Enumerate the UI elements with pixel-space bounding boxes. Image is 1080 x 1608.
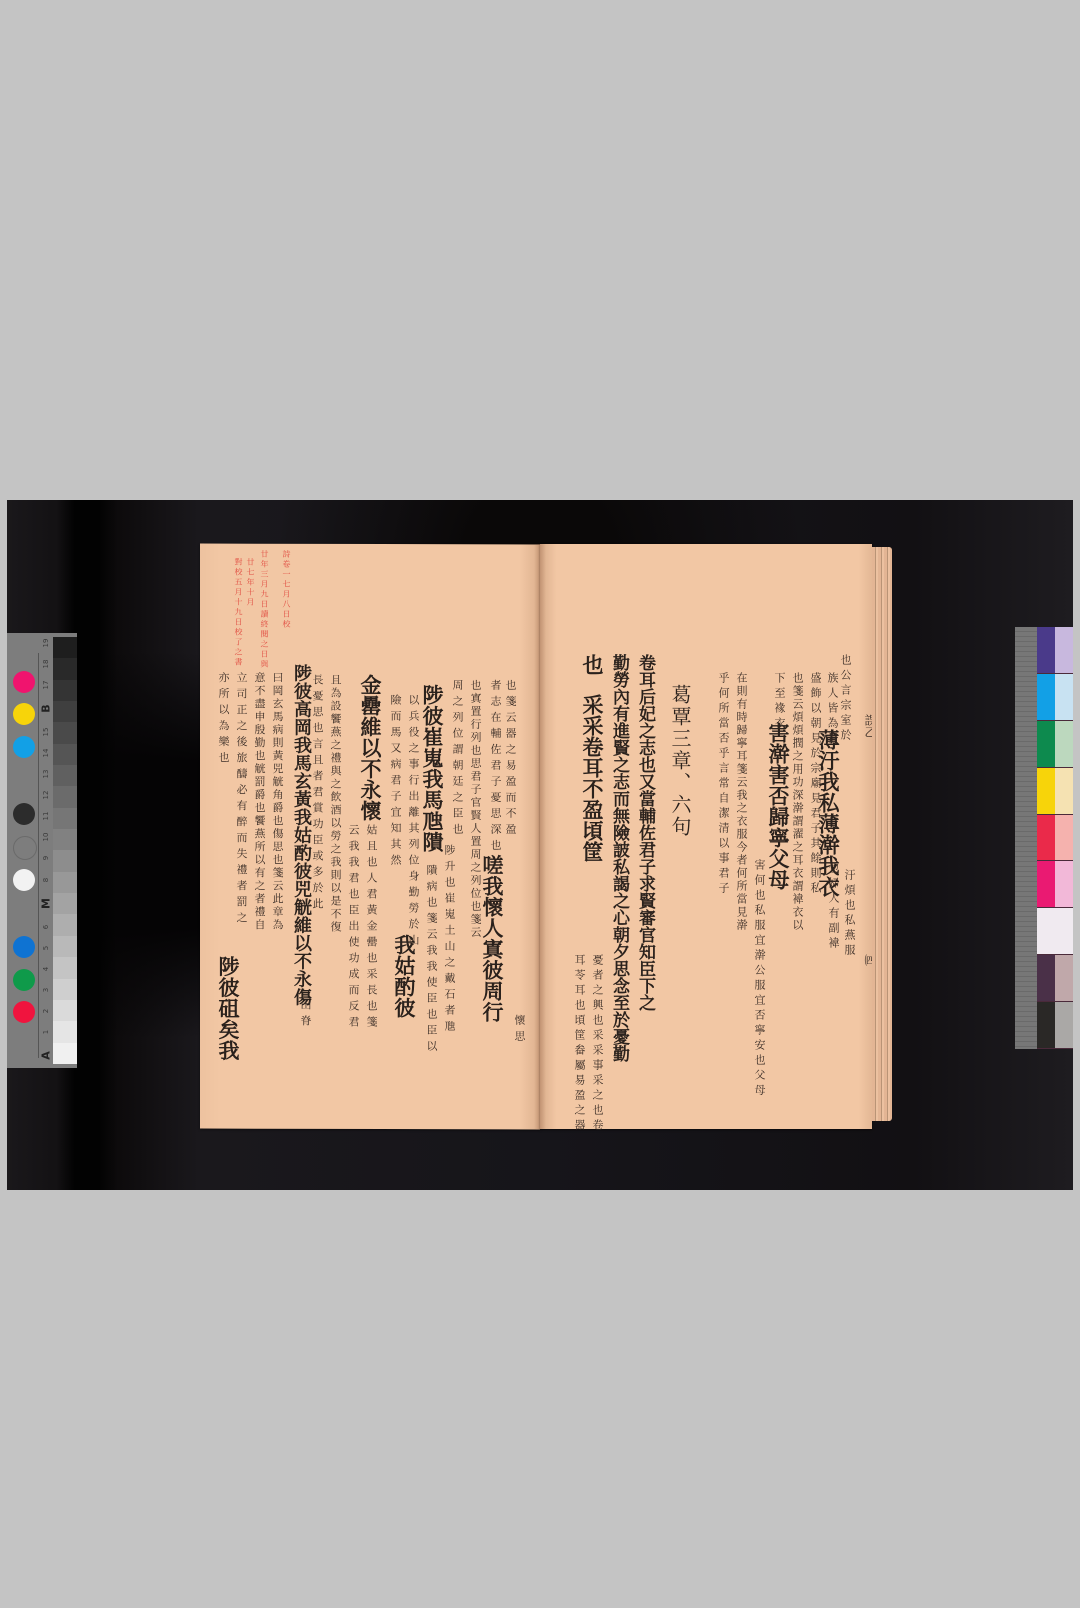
text-column-note: 也箋云器之易盈而不盈 <box>505 679 516 839</box>
color-swatch <box>1037 815 1055 861</box>
gray-step <box>53 722 77 743</box>
scale-tick-label: 6 <box>42 921 50 933</box>
text-column-note: 懷思 <box>514 1014 525 1046</box>
text-column-main: 害澣害否歸寧父母 <box>768 722 789 890</box>
color-calibration-strip-right <box>1015 627 1073 1049</box>
scale-tick-label: 5 <box>42 942 50 954</box>
red-ink-annotation: 廿年三月九日讀終閱之日與 <box>260 550 268 670</box>
text-column-note: 憂者之興也采采事采之也卷 <box>592 954 603 1134</box>
text-column-main: 采采卷耳不盈頃筐 <box>582 694 603 862</box>
text-column-main: 卷耳后妃之志也又當輔佐君子求賢審官知臣下之 <box>636 654 653 1011</box>
scale-tick-label: 4 <box>42 963 50 975</box>
calibration-dot-cyan <box>13 736 35 758</box>
calibration-dot-magenta <box>13 671 35 693</box>
red-ink-annotation: 對校五月十九日校了之書 <box>234 558 242 668</box>
color-swatch <box>1055 721 1073 767</box>
red-ink-annotation: 廿七年十月 <box>246 558 254 608</box>
text-column-note: 曰岡玄馬病則黃兕觥角爵也傷思也箋云此章為 <box>272 672 283 932</box>
calibration-dot-blue <box>13 936 35 958</box>
swatch-row <box>1037 861 1073 908</box>
text-column-note: 也公言宗室於 <box>840 654 851 744</box>
color-swatch <box>1037 1002 1055 1048</box>
scale-tick-label: 3 <box>42 984 50 996</box>
scale-tick-label: 12 <box>42 789 50 801</box>
gray-step <box>53 765 77 786</box>
text-column-main: 嗟我懷人寘彼周行 <box>482 854 503 1022</box>
scale-tick-label: 18 <box>42 658 50 670</box>
scale-tick-label: 14 <box>42 747 50 759</box>
swatch-row <box>1037 768 1073 815</box>
scan-image: A123456M89101112131415B171819 詩卷一七月八日校廿年… <box>7 500 1073 1190</box>
scale-tick-label: 8 <box>42 874 50 886</box>
text-column-note: 乎何所當否乎言常自潔清以事君子 <box>718 672 729 897</box>
text-column-note: 也婦人有副褘 <box>828 862 839 952</box>
text-column-note: 長憂思也言且者君賞功臣或多於此 <box>312 674 323 914</box>
gray-step <box>53 744 77 765</box>
swatch-row <box>1037 955 1073 1002</box>
open-book: 詩卷一七月八日校廿年三月九日讀終閱之日與廿七年十月對校五月十九日校了之書也箋云器… <box>200 544 900 1129</box>
text-column-main: 陟彼砠矣我 <box>218 956 239 1061</box>
gray-step <box>53 1021 77 1042</box>
calibration-dot-black <box>13 803 35 825</box>
text-column-main: 我姑酌彼 <box>394 934 415 1018</box>
text-column-note: 云我我君也臣出使功成而反君 <box>348 824 359 1032</box>
scale-tick-label: A <box>40 1049 53 1061</box>
text-column-note: 以兵役之事行出離其列位身勤勞於山 <box>408 694 419 950</box>
text-column-note: 意不盡申殷勤也觥罰爵也饗燕所以有之者禮自 <box>254 672 265 932</box>
text-column-note: 盛飾以朝見於宗廟見君子其餘則私 <box>810 672 821 897</box>
color-swatch <box>1055 768 1073 814</box>
gray-step <box>53 914 77 935</box>
color-swatch <box>1037 721 1055 767</box>
swatch-row <box>1037 627 1073 674</box>
text-column-main: 陟彼高岡我馬玄黃我姑酌彼兕觥維以不永傷 <box>292 664 310 1006</box>
text-column-note: 隤病也箋云我我使臣也臣以 <box>426 864 437 1056</box>
gray-step <box>53 637 77 658</box>
swatch-row <box>1037 815 1073 862</box>
gray-step <box>53 850 77 871</box>
scale-tick-label: 15 <box>42 726 50 738</box>
text-column-note: 周之列位謂朝廷之臣也 <box>452 679 463 839</box>
gray-step <box>53 957 77 978</box>
gray-step <box>53 936 77 957</box>
color-swatches <box>1037 627 1073 1049</box>
scale-tick-label: 9 <box>42 852 50 864</box>
text-column-note: 亦所以為樂也 <box>218 672 229 768</box>
scale-tick-label: M <box>40 897 53 909</box>
color-swatch <box>1055 861 1073 907</box>
text-column-note: 汙煩也私燕服 <box>844 869 855 959</box>
text-column-note: 陟升也崔嵬土山之戴石者虺 <box>444 844 455 1036</box>
scale-tick-label: 13 <box>42 768 50 780</box>
gray-step <box>53 701 77 722</box>
text-column-note: 也寘置行列也思君子官賢人置周之列位也箋云 <box>470 679 481 939</box>
gray-step <box>53 893 77 914</box>
text-column-note: 山脊 <box>300 999 311 1031</box>
red-ink-annotation: 詩卷一七月八日校 <box>282 550 290 630</box>
scale-tick-label: 10 <box>42 831 50 843</box>
color-swatch <box>1037 674 1055 720</box>
gray-step <box>53 658 77 679</box>
scale-tick-label: 2 <box>42 1005 50 1017</box>
color-swatch <box>1037 908 1055 954</box>
color-calibration-strip-left: A123456M89101112131415B171819 <box>7 633 77 1068</box>
gray-step <box>53 786 77 807</box>
scale-tick-label: 1 <box>42 1026 50 1038</box>
text-column-note: 且為設饗燕之禮與之飲酒以勞之我則以是不復 <box>330 674 341 934</box>
gray-step <box>53 808 77 829</box>
scale-tick-label: 19 <box>42 637 50 649</box>
text-column-note: 姑且也人君黃金罍也采長也箋 <box>366 824 377 1032</box>
color-swatch <box>1037 861 1055 907</box>
calibration-dot-red <box>13 1001 35 1023</box>
calibration-dot-white <box>13 869 35 891</box>
right-page: 也公言宗室於薄汙我私薄澣我衣汙煩也私燕服族人皆為貴也婦人有副褘盛飾以朝見於宗廟見… <box>540 544 872 1129</box>
gray-step <box>53 680 77 701</box>
chapter-title: 葛覃三章、六句 <box>670 684 690 838</box>
color-swatch <box>1055 955 1073 1001</box>
calibration-dot-gray <box>13 836 37 860</box>
color-swatch <box>1037 768 1055 814</box>
swatch-row <box>1037 721 1073 768</box>
left-page: 詩卷一七月八日校廿年三月九日讀終閱之日與廿七年十月對校五月十九日校了之書也箋云器… <box>200 544 540 1130</box>
text-column-main: 金罍維以不永懷 <box>360 674 381 821</box>
page-stack-edge <box>872 547 892 1121</box>
gray-step <box>53 829 77 850</box>
gray-step <box>53 979 77 1000</box>
color-swatch <box>1055 1002 1073 1048</box>
scale-tick-label: 11 <box>42 810 50 822</box>
text-column-note: 立司正之後旅醻必有醉而失禮者罰之 <box>236 672 247 928</box>
text-column-note: 險而馬又病君子宜知其然 <box>390 694 401 870</box>
gray-scale <box>53 637 77 1064</box>
scale-tick-labels: A123456M89101112131415B171819 <box>40 639 52 1062</box>
book-gutter <box>534 544 546 1129</box>
text-column-note: 耳苓耳也頃筐畚屬易盈之器 <box>574 954 585 1134</box>
color-swatch <box>1055 627 1073 673</box>
calibration-dot-yellow <box>13 703 35 725</box>
text-column-main: 也 <box>582 654 603 675</box>
scale-tick-label: 17 <box>42 679 50 691</box>
text-column-note: 族人皆為貴 <box>827 672 838 747</box>
text-column-note: 者志在輔佐君子憂思深也 <box>490 679 501 855</box>
swatch-row <box>1037 674 1073 721</box>
text-column-note: 在則有時歸寧耳箋云我之衣服今者何所當見澣 <box>736 672 747 932</box>
calibration-dot-green <box>13 969 35 991</box>
gray-step <box>53 1043 77 1064</box>
text-column-main: 勤勞內有進賢之志而無險詖私謁之心朝夕思念至於憂勤 <box>610 654 627 1062</box>
color-swatch <box>1055 908 1073 954</box>
color-swatch <box>1055 674 1073 720</box>
color-swatch <box>1037 627 1055 673</box>
swatch-row <box>1037 1002 1073 1049</box>
color-swatch <box>1037 955 1055 1001</box>
gray-step <box>53 872 77 893</box>
gray-step <box>53 1000 77 1021</box>
ruler <box>1015 627 1037 1049</box>
swatch-row <box>1037 908 1073 955</box>
color-swatch <box>1055 815 1073 861</box>
text-column-note: 害何也私服宜澣公服宜否寧安也父母 <box>754 859 765 1099</box>
scale-tick-label: B <box>40 703 53 715</box>
text-column-main: 陟彼崔嵬我馬虺隤 <box>422 684 443 852</box>
text-column-note: 也箋云煩煩撋之用功深澣謂濯之耳衣謂褘衣以 <box>792 672 803 932</box>
